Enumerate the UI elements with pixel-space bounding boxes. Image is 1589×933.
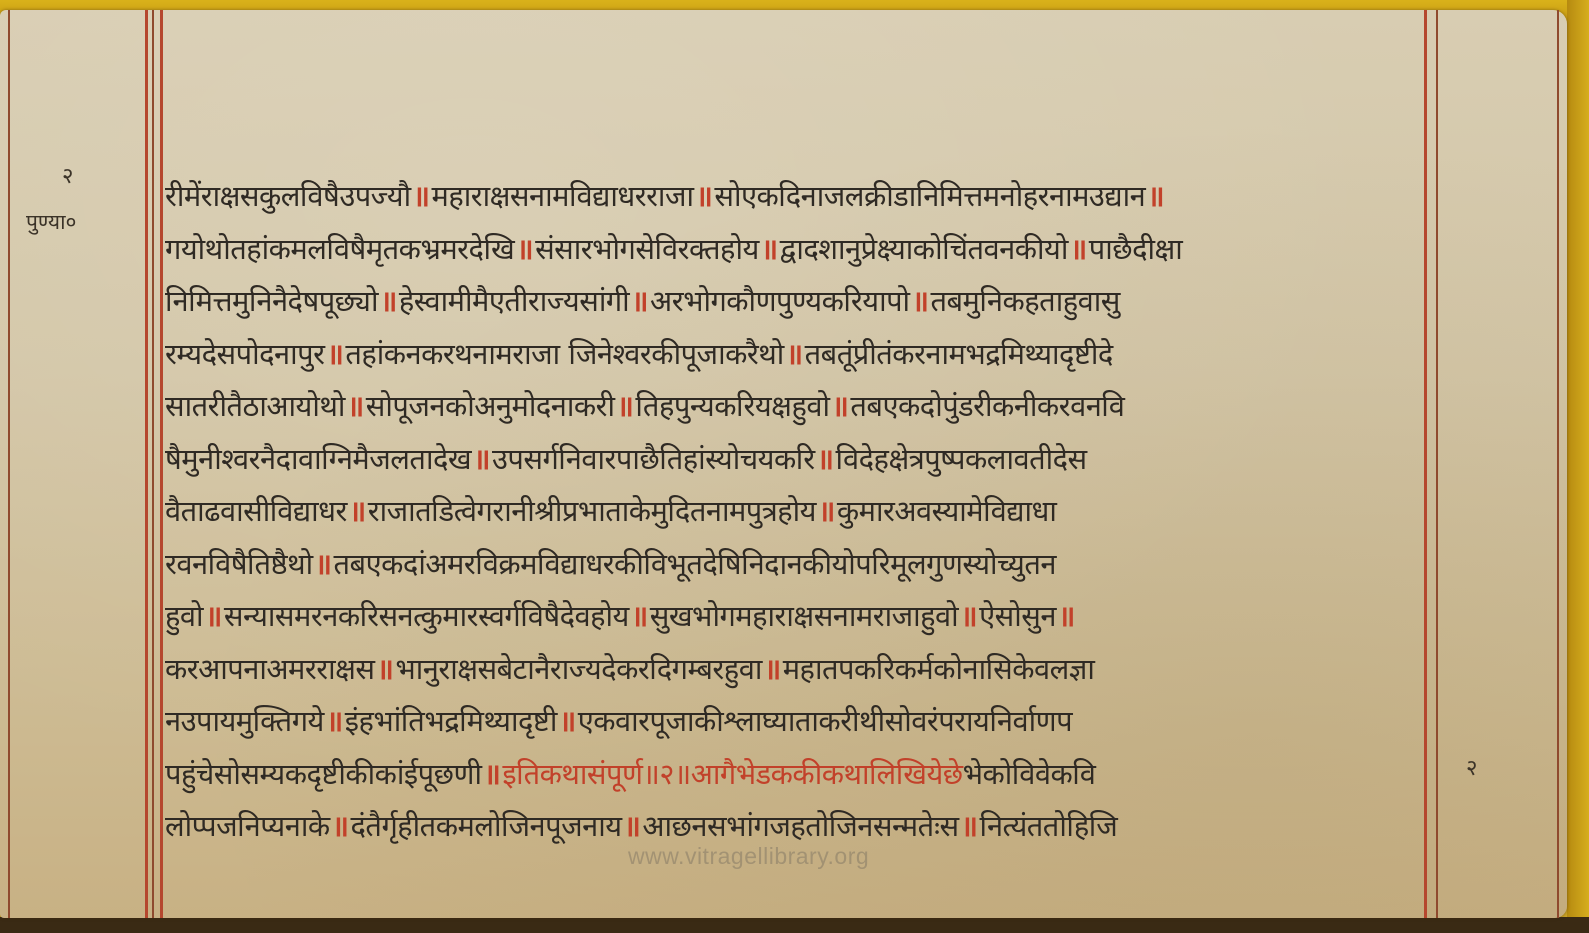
left-margin-rule-1 [145, 10, 148, 918]
danda-mark: ॥ [818, 494, 835, 528]
manuscript-line: निमित्तमुनिनैदेषपूछ्यो॥हेस्वामीमैएतीराज्… [165, 275, 1430, 328]
manuscript-line: सातरीतैठाआयोथो॥सोपूजनकोअनुमोदनाकरी॥तिहपु… [165, 380, 1430, 433]
text-segment: महातपकरिकर्मकोनासिकेवलज्ञा [783, 652, 1095, 686]
text-segment: लोप्पजनिप्यनाके [165, 809, 330, 843]
danda-mark: ॥ [761, 232, 778, 266]
danda-mark: ॥ [624, 809, 641, 843]
text-segment: पाछैदीक्षा [1089, 232, 1183, 266]
text-segment: एकवारपूजाकीश्लाघ्याताकरीथीसोवरंपरायनिर्व… [578, 704, 1072, 738]
text-segment: सुखभोगमहाराक्षसनामराजाहुवो [650, 599, 958, 633]
text-segment: सोएकदिनाजलक्रीडानिमित्तमनोहरनामउद्यान [714, 179, 1145, 213]
right-edge-rule [1557, 10, 1559, 918]
danda-mark: ॥ [1147, 179, 1164, 213]
danda-mark: ॥ [483, 757, 500, 791]
text-segment: इंहभांतिभद्रमिथ्यादृष्टी [345, 704, 557, 738]
text-segment: तहांकनकरथनामराजा [345, 337, 559, 371]
danda-mark: ॥ [817, 442, 834, 476]
danda-mark: ॥ [832, 389, 849, 423]
yellow-cloth-right [1567, 0, 1589, 933]
left-margin-rule-3 [160, 10, 163, 918]
danda-mark: ॥ [349, 494, 366, 528]
text-segment: भानुराक्षसबेटानैराज्यदेकरदिगम्बरहुवा [395, 652, 761, 686]
manuscript-line: नउपायमुक्तिगये॥इंहभांतिभद्रमिथ्यादृष्टी॥… [165, 695, 1430, 748]
text-segment: सातरीतैठाआयोथो [165, 389, 345, 423]
manuscript-line: हुवो॥सन्यासमरनकरिसनत्कुमारस्वर्गविषैदेवह… [165, 590, 1430, 643]
text-segment: वैताढवासीविद्याधर [165, 494, 347, 528]
danda-mark: ॥ [315, 547, 332, 581]
text-segment: तबमुनिकहताहुवासु [930, 284, 1119, 318]
rubric-text: ॥२॥ [642, 757, 690, 791]
text-segment: नित्यंततोहिजि [979, 809, 1117, 843]
manuscript-text-block: रीमेंराक्षसकुलविषैउपज्यौ॥महाराक्षसनामविद… [165, 170, 1430, 853]
left-margin-title: पुण्या० [26, 208, 76, 236]
text-segment: हेस्वामीमैएतीराज्यसांगी [399, 284, 629, 318]
right-margin-rule-2 [1436, 10, 1438, 918]
danda-mark: ॥ [347, 389, 364, 423]
text-segment: कुमारअवस्यामेविद्याधा [837, 494, 1056, 528]
left-edge-rule [8, 10, 10, 918]
danda-mark: ॥ [326, 704, 343, 738]
text-segment: रीमेंराक्षसकुलविषैउपज्यौ [165, 179, 411, 213]
text-segment: नउपायमुक्तिगये [165, 704, 324, 738]
manuscript-line: रवनविषैतिष्ठैथो॥तबएकदांअमरविक्रमविद्याधर… [165, 538, 1430, 591]
danda-mark: ॥ [960, 599, 977, 633]
text-segment: संसारभोगसेविरक्तहोय [535, 232, 759, 266]
danda-mark: ॥ [1058, 599, 1075, 633]
left-margin-rule-2 [152, 10, 154, 918]
text-segment: रवनविषैतिष्ठैथो [165, 547, 313, 581]
text-segment: रम्यदेसपोदनापुर [165, 337, 324, 371]
manuscript-line: षैमुनीश्वरनैदावाग्निमैजलतादेख॥उपसर्गनिवा… [165, 433, 1430, 486]
manuscript-line: रीमेंराक्षसकुलविषैउपज्यौ॥महाराक्षसनामविद… [165, 170, 1430, 223]
text-segment: हुवो [165, 599, 203, 633]
text-segment: राजातडित्वेगरानीश्रीप्रभाताकेमुदितनामपुत… [368, 494, 816, 528]
manuscript-folio: २ पुण्या० २ रीमेंराक्षसकुलविषैउपज्यौ॥महा… [0, 10, 1567, 918]
text-segment: उपसर्गनिवारपाछैतिहांस्योचयकरि [492, 442, 815, 476]
text-segment: करआपनाअमरराक्षस [165, 652, 374, 686]
danda-mark: ॥ [695, 179, 712, 213]
text-segment: निमित्तमुनिनैदेषपूछ्यो [165, 284, 378, 318]
danda-mark: ॥ [473, 442, 490, 476]
danda-mark: ॥ [617, 389, 634, 423]
text-segment: पहुंचेसोसम्यकदृष्टीकीकांईपूछणी [165, 757, 481, 791]
text-segment: तबतूंप्रीतंकरनामभद्रमिथ्यादृष्टीदे [805, 337, 1113, 371]
text-segment: सोपूजनकोअनुमोदनाकरी [366, 389, 615, 423]
text-segment: आछनसभांगजहतोजिनसन्मतेःस [642, 809, 958, 843]
manuscript-line: वैताढवासीविद्याधर॥राजातडित्वेगरानीश्रीप्… [165, 485, 1430, 538]
table-edge-bottom [0, 917, 1589, 933]
manuscript-line: पहुंचेसोसम्यकदृष्टीकीकांईपूछणी॥इतिकथासंप… [165, 748, 1430, 801]
danda-mark: ॥ [559, 704, 576, 738]
danda-mark: ॥ [516, 232, 533, 266]
danda-mark: ॥ [380, 284, 397, 318]
danda-mark: ॥ [764, 652, 781, 686]
text-segment: ऐसोसुन [979, 599, 1056, 633]
text-segment: षैमुनीश्वरनैदावाग्निमैजलतादेख [165, 442, 471, 476]
danda-mark: ॥ [326, 337, 343, 371]
text-segment: गयोथोतहांकमलविषैमृतकभ्रमरदेखि [165, 232, 514, 266]
text-segment: तबएकदांअमरविक्रमविद्याधरकीविभूतदेषिनिदान… [334, 547, 1056, 581]
text-segment: सन्यासमरनकरिसनत्कुमारस्वर्गविषैदेवहोय [224, 599, 629, 633]
danda-mark: ॥ [376, 652, 393, 686]
text-segment: विदेहक्षेत्रपुष्पकलावतीदेस [836, 442, 1087, 476]
danda-mark: ॥ [631, 284, 648, 318]
text-segment: दंतैर्गृहीतकमलोजिनपूजनाय [351, 809, 622, 843]
right-folio-number: २ [1466, 752, 1477, 782]
text-segment: भेकोविवेकवि [963, 757, 1096, 791]
danda-mark: ॥ [1070, 232, 1087, 266]
text-segment: जिनेश्वरकीपूजाकरैथो [560, 337, 784, 371]
danda-mark: ॥ [332, 809, 349, 843]
text-segment: अरभोगकौणपुण्यकरियापो [650, 284, 910, 318]
danda-mark: ॥ [961, 809, 978, 843]
text-segment: द्वादशानुप्रेक्ष्याकोचिंतवनकीयो [780, 232, 1068, 266]
manuscript-line: करआपनाअमरराक्षस॥भानुराक्षसबेटानैराज्यदेक… [165, 643, 1430, 696]
rubric-text: इतिकथासंपूर्ण [502, 757, 642, 791]
manuscript-line: गयोथोतहांकमलविषैमृतकभ्रमरदेखि॥संसारभोगसे… [165, 223, 1430, 276]
danda-mark: ॥ [786, 337, 803, 371]
danda-mark: ॥ [631, 599, 648, 633]
rubric-text: आगैभेडककीकथालिखियेछे [691, 757, 963, 791]
left-folio-number: २ [62, 160, 73, 190]
danda-mark: ॥ [413, 179, 430, 213]
text-segment: तबएकदोपुंडरीकनीकरवनवि [850, 389, 1124, 423]
danda-mark: ॥ [205, 599, 222, 633]
text-segment: तिहपुन्यकरियक्षहुवो [635, 389, 829, 423]
text-segment: महाराक्षसनामविद्याधरराजा [431, 179, 693, 213]
danda-mark: ॥ [912, 284, 929, 318]
manuscript-line: रम्यदेसपोदनापुर॥तहांकनकरथनामराजा जिनेश्व… [165, 328, 1430, 381]
watermark: www.vitragellibrary.org [628, 843, 869, 870]
